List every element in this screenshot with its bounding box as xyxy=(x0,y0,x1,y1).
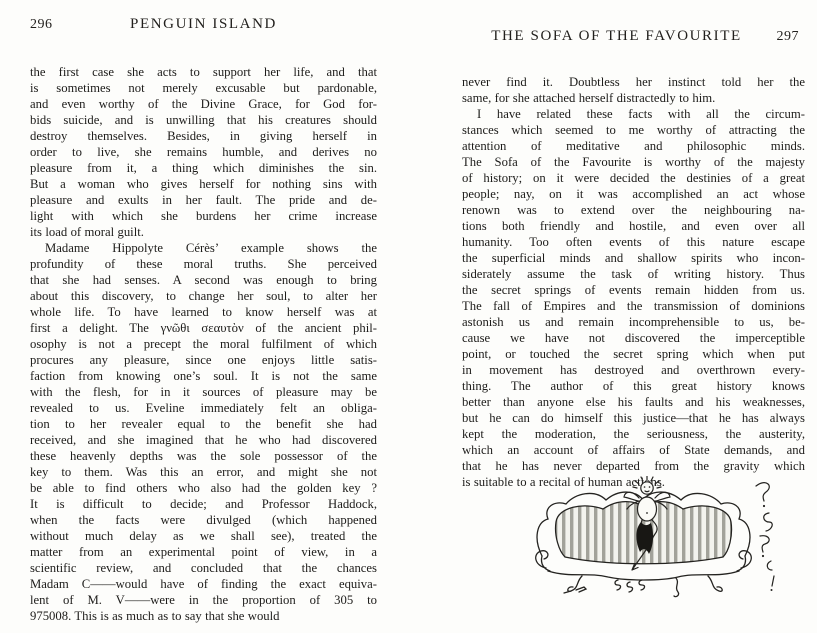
text-line: revealed to us. Eveline immediately felt… xyxy=(30,400,377,416)
text-line: light with which she burdens her crime i… xyxy=(30,208,377,224)
text-line: The fall of Empires and the transmission… xyxy=(462,298,805,314)
text-line: be able to find others who also had the … xyxy=(30,480,377,496)
text-line: of history; on it were decided the desti… xyxy=(462,170,805,186)
left-running-head: 296 PENGUIN ISLAND xyxy=(30,16,377,36)
paragraph: I have related these facts with all the … xyxy=(462,106,805,490)
text-line: humanity. Too often events of this natur… xyxy=(462,234,805,250)
text-line: people; nay, on it was accomplished an a… xyxy=(462,186,805,202)
text-line: same, for she attached herself distracte… xyxy=(462,90,805,106)
text-line: is sometimes not merely excusable but pa… xyxy=(30,80,377,96)
text-line: received, and she imagined that he who h… xyxy=(30,432,377,448)
text-line: Madame Hippolyte Cérès’ example shows th… xyxy=(30,240,377,256)
text-line: in movement has destroyed and overthrown… xyxy=(462,362,805,378)
text-line: The Sofa of the Favourite is worthy of t… xyxy=(462,154,805,170)
text-line: better than anyone else his faults and h… xyxy=(462,394,805,410)
text-line: point, or touched the secret spring whic… xyxy=(462,346,805,362)
right-page-number: 297 xyxy=(777,29,800,45)
text-line: the superficial minds and shallow spirit… xyxy=(462,250,805,266)
text-line: when the facts were divulged (which happ… xyxy=(30,512,377,528)
text-line: scientific review, and concluded that th… xyxy=(30,560,377,576)
text-line: these heavenly depths was the sole posse… xyxy=(30,448,377,464)
paragraph: Madame Hippolyte Cérès’ example shows th… xyxy=(30,240,377,624)
text-line: whole life. To have learned to know hers… xyxy=(30,304,377,320)
text-line: first a delight. The γνῶθι σεαυτὸν of th… xyxy=(30,320,377,336)
text-line: faction from knowing one’s soul. It is n… xyxy=(30,368,377,384)
text-line: renown was to extend over the neighbouri… xyxy=(462,202,805,218)
text-line: key to them. Was this an error, and migh… xyxy=(30,464,377,480)
text-line: thing. The author of this great history … xyxy=(462,378,805,394)
text-line: attention of meditative and philosophic … xyxy=(462,138,805,154)
text-line: stances which seemed to me worthy of att… xyxy=(462,122,805,138)
text-line: osophy is not a precept the moral fulfil… xyxy=(30,336,377,352)
paragraph: the first case she acts to support her l… xyxy=(30,64,377,240)
text-line: that he has never departed from the grav… xyxy=(462,458,805,474)
text-line: lent of M. V——were in the proportion of … xyxy=(30,592,377,608)
text-line: about this discovery, to change her soul… xyxy=(30,288,377,304)
text-line: profundity of these moral truths. She pe… xyxy=(30,256,377,272)
left-running-title: PENGUIN ISLAND xyxy=(30,16,377,33)
text-line: pleasure from it, a thing which diminish… xyxy=(30,160,377,176)
text-line: never find it. Doubtless her instinct to… xyxy=(462,74,805,90)
text-line: matter from an experimental point of vie… xyxy=(30,544,377,560)
right-page-text: never find it. Doubtless her instinct to… xyxy=(462,74,805,490)
flourish-squiggles xyxy=(756,483,774,591)
text-line: pleasure and exults in her fault. The pr… xyxy=(30,192,377,208)
text-line: that she had senses. A second was enough… xyxy=(30,272,377,288)
text-line: 975008. This is as much as to say that s… xyxy=(30,608,377,624)
text-line: the secret springs of events remain hidd… xyxy=(462,282,805,298)
text-line: with the flesh, for in it sources of ple… xyxy=(30,384,377,400)
sofa-cherub-illustration xyxy=(526,476,778,604)
left-page-number: 296 xyxy=(30,17,53,33)
right-page: THE SOFA OF THE FAVOURITE 297 never find… xyxy=(462,28,805,628)
sofa-cherub-svg xyxy=(526,476,778,604)
paragraph: never find it. Doubtless her instinct to… xyxy=(462,74,805,106)
text-line: and even worthy of the Divine Grace, for… xyxy=(30,96,377,112)
text-line: which an account of affairs of State dem… xyxy=(462,442,805,458)
right-running-title: THE SOFA OF THE FAVOURITE xyxy=(462,28,805,45)
text-line: I have related these facts with all the … xyxy=(462,106,805,122)
text-line: But a woman who gives herself for nothin… xyxy=(30,176,377,192)
text-line: but he can do himself this justice—that … xyxy=(462,410,805,426)
text-line: It is difficult to decide; and Professor… xyxy=(30,496,377,512)
right-running-head: THE SOFA OF THE FAVOURITE 297 xyxy=(462,28,805,48)
left-page: 296 PENGUIN ISLAND the first case she ac… xyxy=(30,16,377,624)
text-line: Madam C——would have of finding the exact… xyxy=(30,576,377,592)
book-spread: 296 PENGUIN ISLAND the first case she ac… xyxy=(0,0,817,633)
text-line: astonish us and remain incomprehensible … xyxy=(462,314,805,330)
text-line: without much delay as we shall see), tre… xyxy=(30,528,377,544)
text-line: kept the moderation, the seriousness, th… xyxy=(462,426,805,442)
text-line: destroy themselves. Besides, in giving h… xyxy=(30,128,377,144)
text-line: bids suicide, and is unwilling that his … xyxy=(30,112,377,128)
text-line: its load of moral guilt. xyxy=(30,224,377,240)
text-line: the first case she acts to support her l… xyxy=(30,64,377,80)
text-line: tions both friendly and hostile, and eve… xyxy=(462,218,805,234)
left-page-text: the first case she acts to support her l… xyxy=(30,64,377,624)
text-line: procures any pleasure, since one enjoys … xyxy=(30,352,377,368)
text-line: siderately assume the task of writing hi… xyxy=(462,266,805,282)
text-line: cause we have not discovered the imperce… xyxy=(462,330,805,346)
text-line: order to live, she remains humble, and d… xyxy=(30,144,377,160)
text-line: tion to her revealer equal to the benefi… xyxy=(30,416,377,432)
